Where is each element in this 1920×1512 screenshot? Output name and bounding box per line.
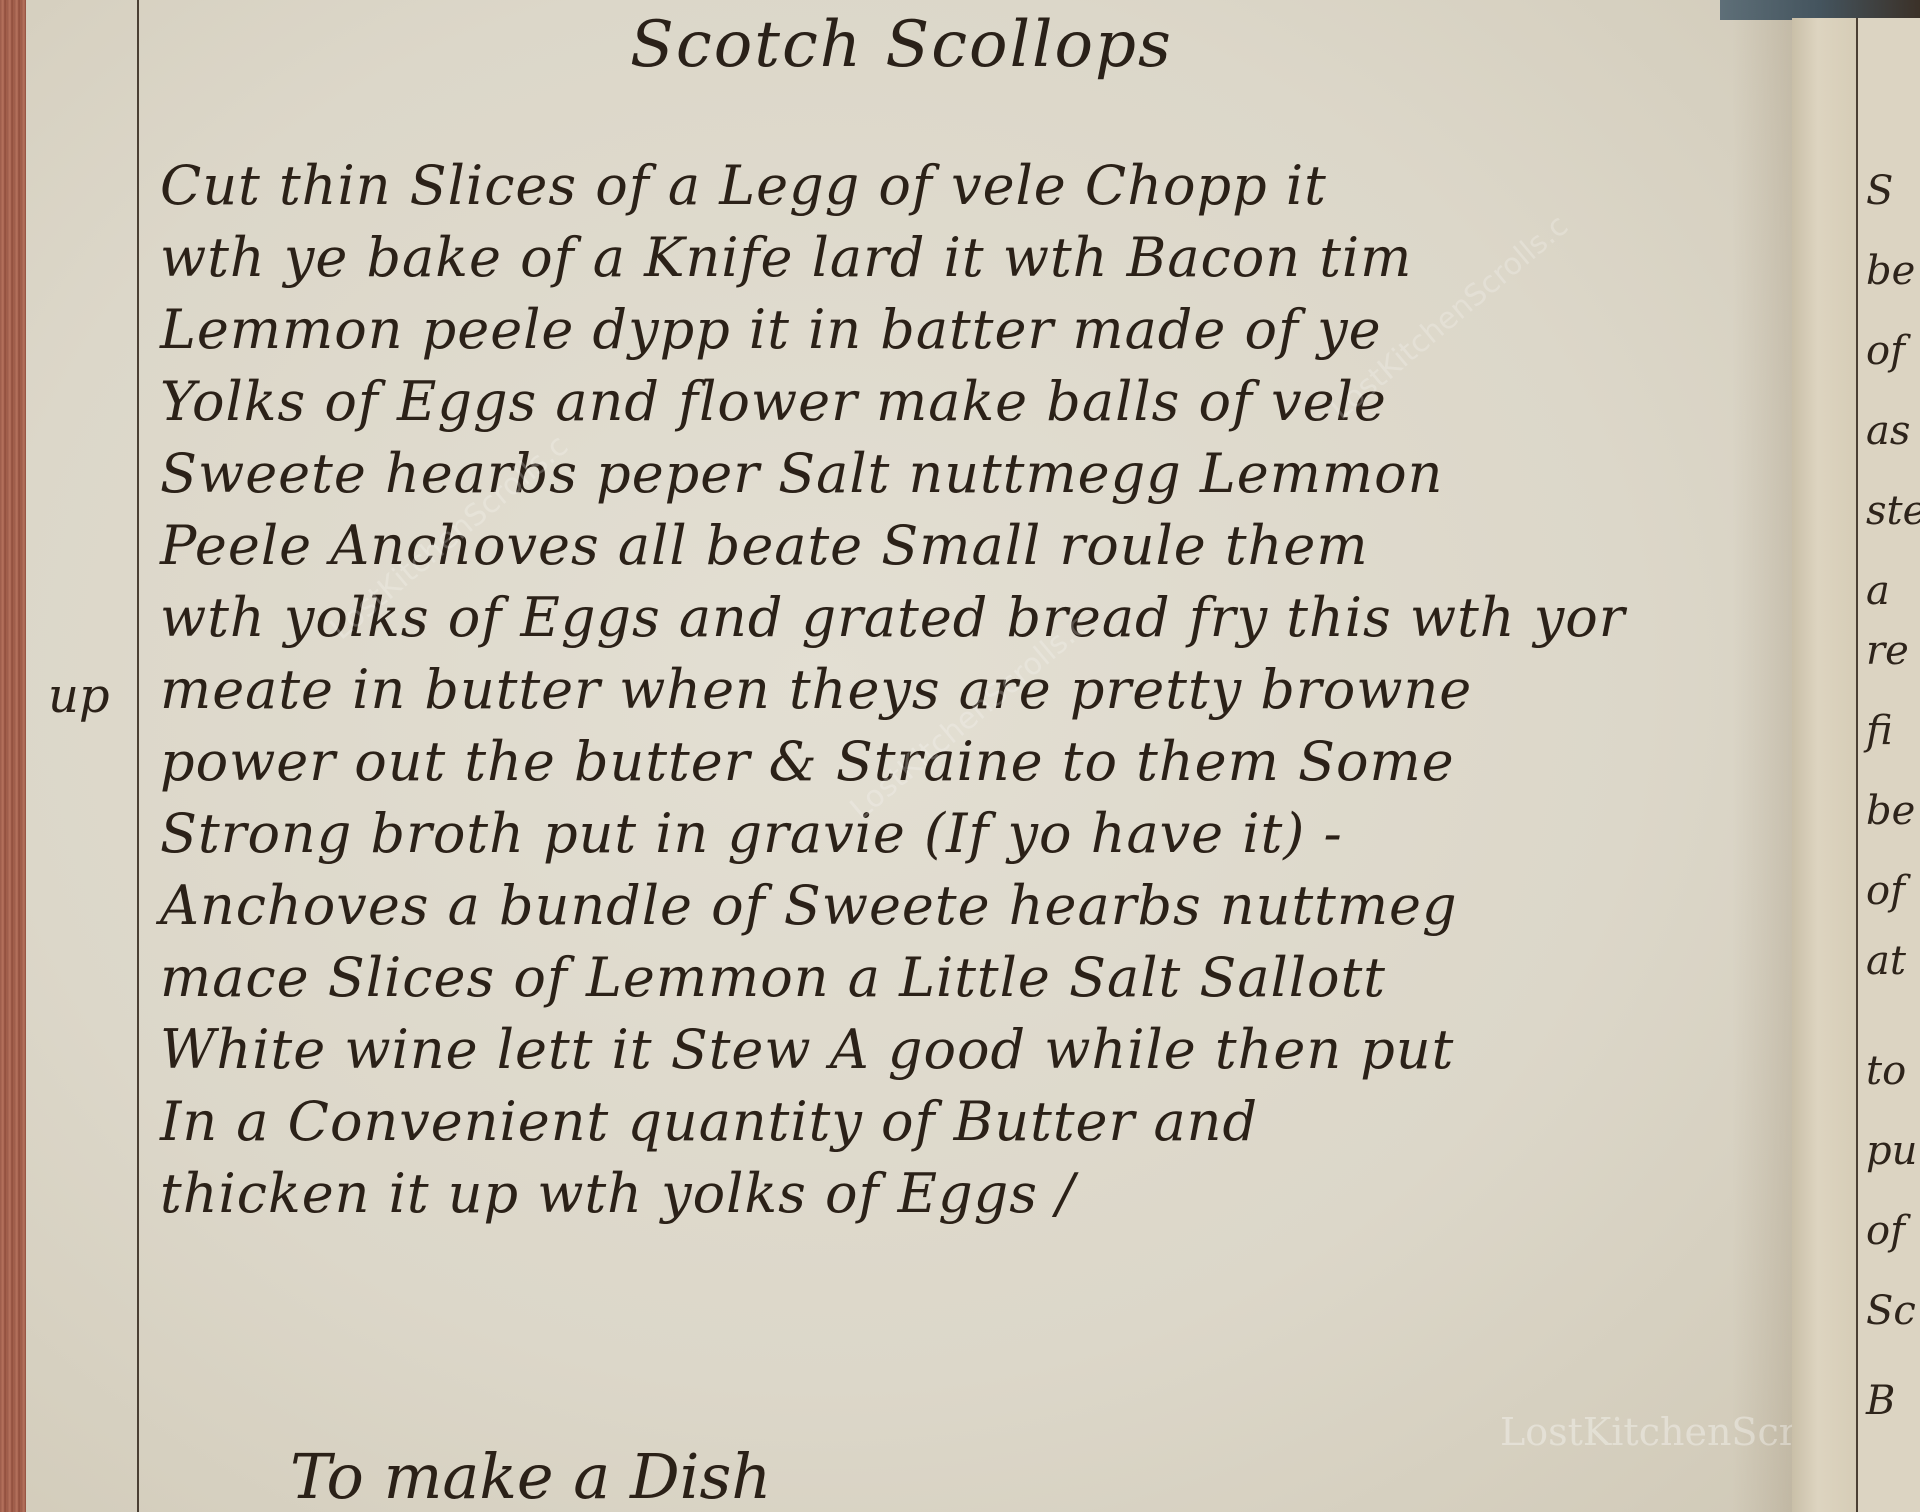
right-page-fragment: B: [1866, 1378, 1895, 1424]
right-page-fragment: re: [1866, 628, 1909, 674]
right-page-fragment: to: [1866, 1048, 1906, 1094]
right-page-fragment: be: [1866, 788, 1915, 834]
recipe-line: Anchoves a bundle of Sweete hearbs nuttm…: [160, 870, 1800, 942]
recipe-line: power out the butter & Straine to them S…: [160, 726, 1800, 798]
right-page: S be of as ste a re fi be of at to pu of…: [1856, 18, 1920, 1512]
margin-rule: [137, 0, 139, 1512]
next-recipe-heading: To make a Dish: [290, 1440, 771, 1512]
right-page-fragment: pu: [1866, 1128, 1917, 1174]
right-page-fragment: Sc: [1866, 1288, 1916, 1334]
recipe-line: In a Convenient quantity of Butter and: [160, 1086, 1800, 1158]
right-page-fragment: ste: [1866, 488, 1920, 534]
right-page-fragment: be: [1866, 248, 1915, 294]
book-edge: [0, 0, 26, 1512]
recipe-line: Lemmon peele dypp it in batter made of y…: [160, 294, 1800, 366]
book-gutter: [1792, 18, 1856, 1512]
right-page-fragment: as: [1866, 408, 1910, 454]
right-page-fragment: of: [1866, 1208, 1905, 1254]
right-page-fragment: a: [1866, 568, 1890, 614]
recipe-line: Strong broth put in gravie (If yo have i…: [160, 798, 1800, 870]
recipe-line: Sweete hearbs peper Salt nuttmegg Lemmon: [160, 438, 1800, 510]
recipe-line: Yolks of Eggs and flower make balls of v…: [160, 366, 1800, 438]
right-page-fragment: of: [1866, 328, 1905, 374]
right-page-fragment: of: [1866, 868, 1905, 914]
margin-note: up: [48, 668, 110, 724]
right-page-fragment: fi: [1866, 708, 1893, 754]
recipe-line: mace Slices of Lemmon a Little Salt Sall…: [160, 942, 1800, 1014]
right-page-fragment: at: [1866, 938, 1906, 984]
recipe-line: White wine lett it Stew A good while the…: [160, 1014, 1800, 1086]
right-page-fragment: S: [1866, 168, 1893, 214]
book-cover: [1720, 0, 1920, 20]
recipe-line: thicken it up wth yolks of Eggs /: [160, 1158, 1800, 1230]
recipe-title: Scotch Scollops: [630, 8, 1173, 82]
right-margin-rule: [1856, 18, 1858, 1512]
